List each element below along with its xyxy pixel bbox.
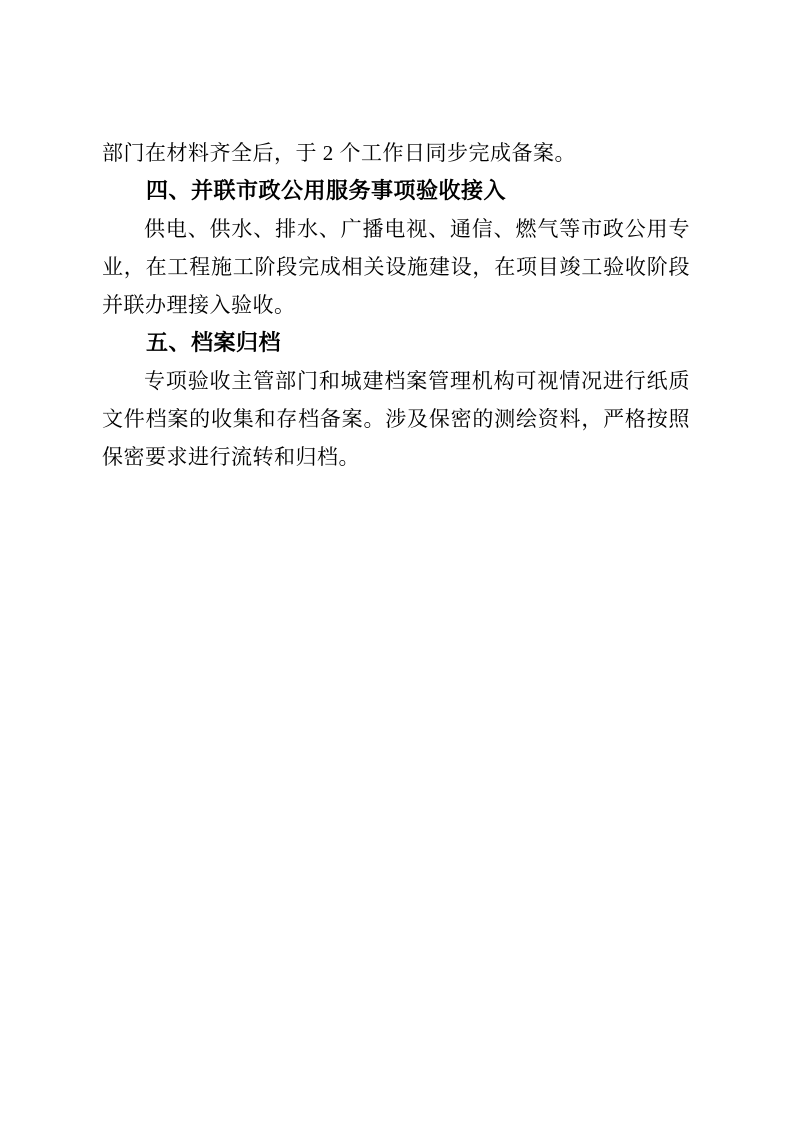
document-content: 部门在材料齐全后，于 2 个工作日同步完成备案。 四、并联市政公用服务事项验收接…: [102, 134, 690, 476]
section-heading-4: 四、并联市政公用服务事项验收接入: [102, 172, 690, 210]
paragraph-continuation: 部门在材料齐全后，于 2 个工作日同步完成备案。: [102, 134, 690, 172]
section-heading-5: 五、档案归档: [102, 324, 690, 362]
section-4-paragraph: 供电、供水、排水、广播电视、通信、燃气等市政公用专业，在工程施工阶段完成相关设施…: [102, 210, 690, 324]
section-5-paragraph: 专项验收主管部门和城建档案管理机构可视情况进行纸质文件档案的收集和存档备案。涉及…: [102, 362, 690, 476]
document-page: 部门在材料齐全后，于 2 个工作日同步完成备案。 四、并联市政公用服务事项验收接…: [0, 0, 793, 1122]
